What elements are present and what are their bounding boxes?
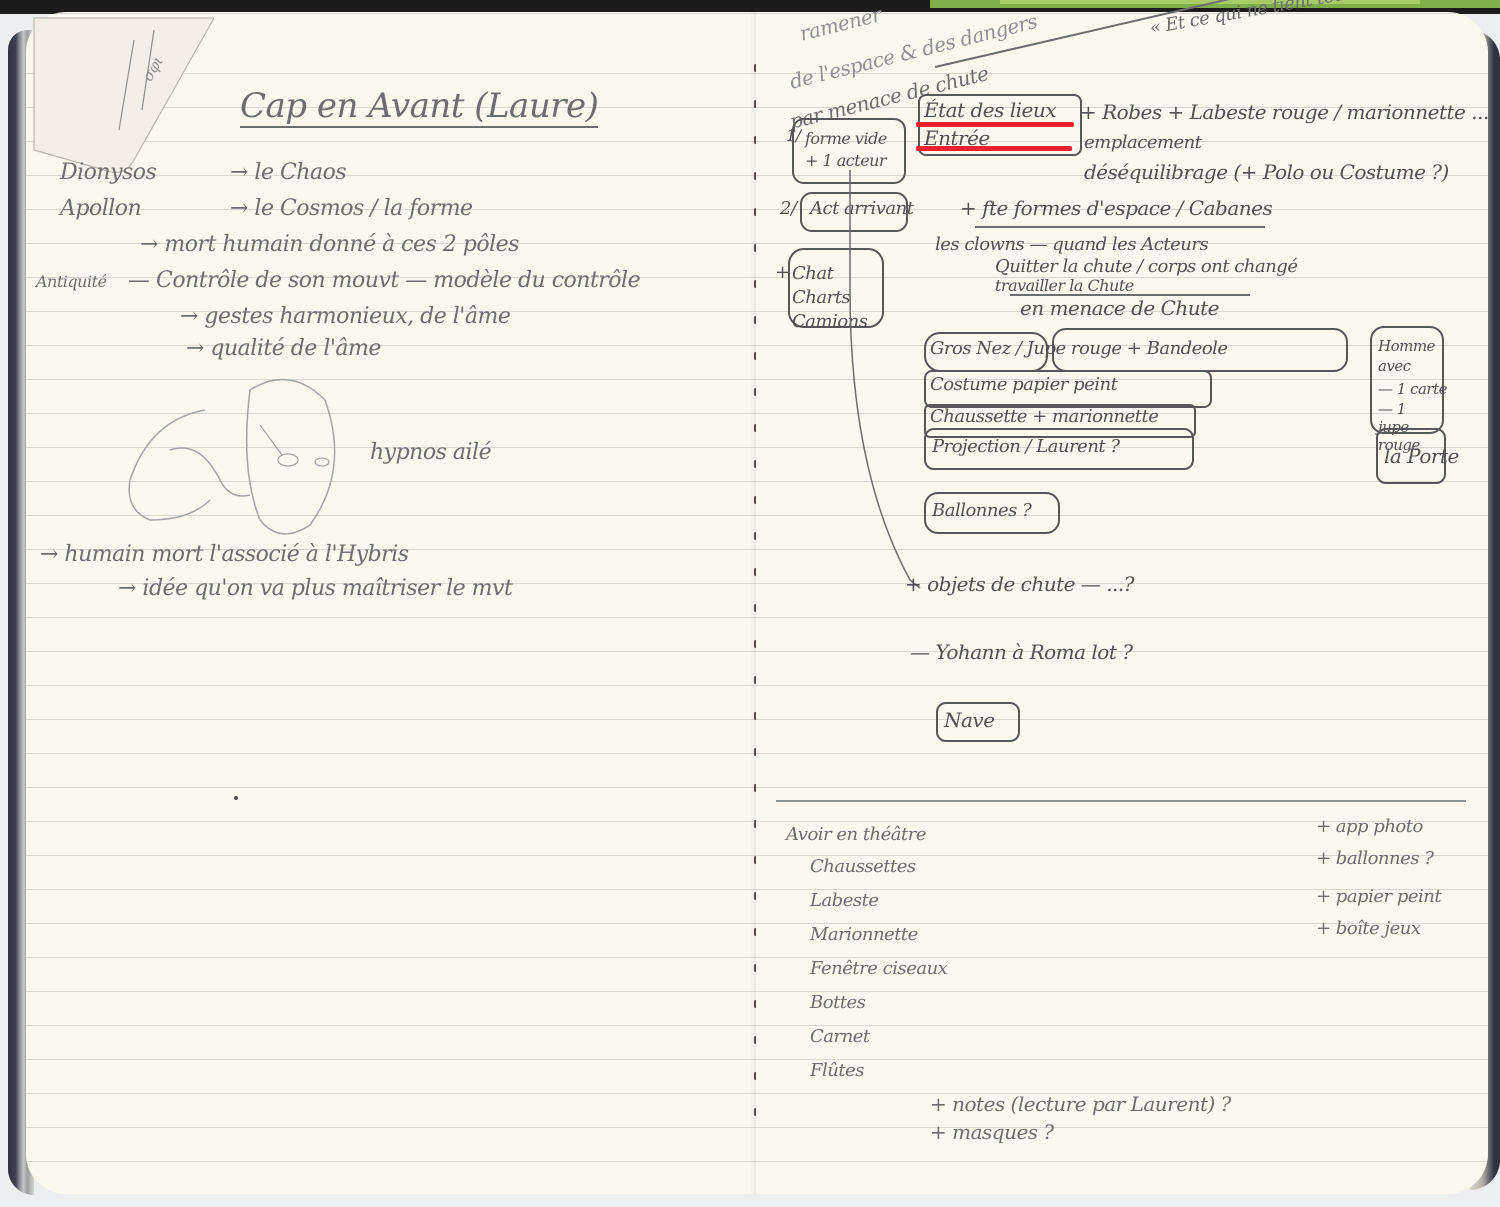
page-title: Cap en Avant (Laure): [240, 86, 598, 126]
folded-corner-icon: [14, 10, 214, 180]
lower-list-item: Labeste: [810, 890, 878, 911]
left-page: [26, 12, 756, 1194]
note-line-2: → le Cosmos / la forme: [230, 196, 473, 221]
lower-list-item: Carnet: [810, 1026, 870, 1047]
lower-right-item: + ballonnes ?: [1316, 848, 1433, 869]
note-line-6: → qualité de l'âme: [186, 336, 381, 361]
step-3-num: +: [775, 262, 790, 283]
pencil-dot: [234, 796, 238, 800]
mid-note-5: les clowns — quand les Acteurs: [935, 234, 1208, 255]
lower-list-item: Chaussettes: [810, 856, 916, 877]
mid-note-8: en menace de Chute: [1020, 296, 1219, 320]
mid-note-4-underline: [975, 226, 1265, 228]
mid-note-7: travailler la Chute: [995, 276, 1134, 295]
footer-line-1: + notes (lecture par Laurent) ?: [930, 1092, 1231, 1116]
lower-item-3: Nave: [944, 708, 995, 732]
mid-note-1: + Robes + Labeste rouge / marionnette ..…: [1080, 100, 1489, 124]
mid-note-4: + fte formes d'espace / Cabanes: [960, 196, 1272, 220]
lower-list-item: Fenêtre ciseaux: [810, 958, 947, 979]
side-box-line-2: — 1 carte: [1378, 380, 1447, 398]
note-line-4: — Contrôle de son mouvt — modèle du cont…: [128, 268, 640, 293]
lower-right-item: + boîte jeux: [1316, 918, 1421, 939]
lower-list-item: Flûtes: [810, 1060, 864, 1081]
list-item-4: Projection / Laurent ?: [932, 436, 1120, 457]
sketch-label: hypnos ailé: [370, 440, 491, 465]
lower-item-2: — Yohann à Roma lot ?: [910, 640, 1132, 664]
list-item-5: Ballonnes ?: [932, 500, 1031, 521]
step-2-num: 2/: [780, 198, 797, 219]
section-divider: [776, 800, 1466, 802]
door-label: la Porte: [1384, 444, 1459, 468]
lower-list-item: Bottes: [810, 992, 865, 1013]
mid-note-6: Quitter la chute / corps ont changé: [995, 256, 1297, 277]
list-item-3: Chaussette + marionnette: [930, 406, 1158, 427]
mid-note-2: emplacement: [1084, 132, 1202, 153]
list-item-1: Gros Nez / Jupe rouge + Bandeole: [930, 338, 1228, 359]
connector-line-icon: [820, 170, 930, 610]
state-label: État des lieux: [924, 98, 1056, 122]
note-line-1: → le Chaos: [230, 160, 346, 185]
lower-section-heading: Avoir en théâtre: [786, 824, 926, 845]
step-1-num: 1/: [786, 126, 801, 145]
bottom-note-1: → humain mort l'associé à l'Hybris: [40, 542, 409, 567]
lower-right-item: + app photo: [1316, 816, 1423, 837]
footer-line-2: + masques ?: [930, 1120, 1054, 1144]
mid-note-3: déséquilibrage (+ Polo ou Costume ?): [1084, 160, 1449, 184]
note-line-1-prefix: Dionysos: [60, 160, 156, 185]
hypnos-sketch-icon: [110, 370, 370, 540]
note-line-2-prefix: Apollon: [60, 196, 141, 221]
lower-right-item: + papier peint: [1316, 886, 1441, 907]
bottom-note-2: → idée qu'on va plus maîtriser le mvt: [118, 576, 512, 601]
red-highlight-2: [916, 146, 1072, 151]
step-1-text: forme vide + 1 acteur: [805, 128, 895, 172]
side-box-line-1: Homme avec: [1378, 336, 1440, 376]
lower-list-item: Marionnette: [810, 924, 918, 945]
note-line-5: → gestes harmonieux, de l'âme: [180, 304, 510, 329]
list-item-2: Costume papier peint: [930, 374, 1117, 395]
note-line-4-prefix: Antiquité: [36, 272, 106, 291]
note-line-3: → mort humain donné à ces 2 pôles: [140, 232, 519, 257]
lower-item-1: + objets de chute — ...?: [905, 572, 1134, 596]
